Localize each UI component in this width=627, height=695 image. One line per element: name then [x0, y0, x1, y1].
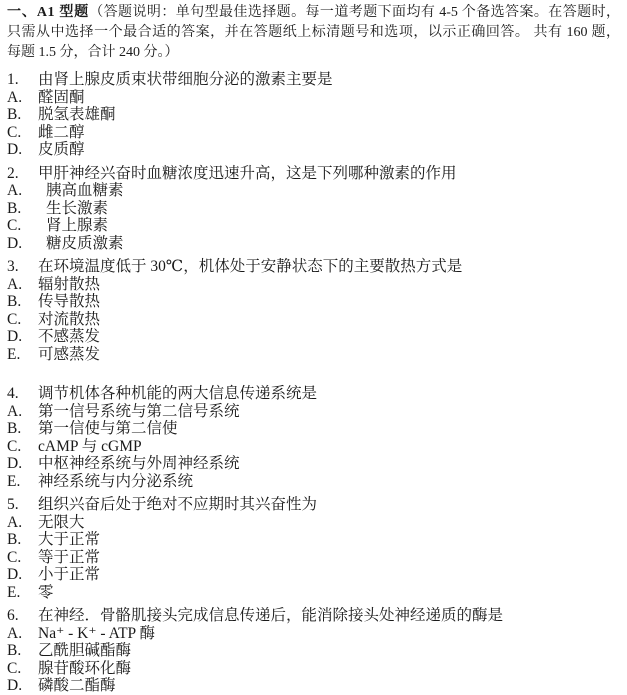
header-line-3: 每题 1.5 分，合计 240 分。）: [7, 43, 620, 63]
option-row: A. 第一信号系统与第二信号系统: [7, 403, 620, 421]
option-label: A.: [7, 403, 38, 421]
header-line-1: 一、A1 型题（答题说明：单句型最佳选择题。每一道考题下面均有 4-5 个备选答…: [7, 3, 620, 23]
option-text: 肾上腺素: [46, 217, 620, 235]
option-text: 对流散热: [38, 311, 620, 329]
option-row: E. 零: [7, 584, 620, 602]
question-stem: 甲肝神经兴奋时血糖浓度迅速升高，这是下列哪种激素的作用: [38, 165, 620, 183]
question-stem: 在环境温度低于 30℃，机体处于安静状态下的主要散热方式是: [38, 258, 620, 276]
option-row: B. 大于正常: [7, 531, 620, 549]
question-stem-row: 1. 由肾上腺皮质束状带细胞分泌的激素主要是: [7, 71, 620, 89]
option-text: 第一信使与第二信使: [38, 420, 620, 438]
header-line-2: 只需从中选择一个最合适的答案，并在答题纸上标清题号和选项，以示正确回答。 共有 …: [7, 23, 620, 43]
question-block: 2. 甲肝神经兴奋时血糖浓度迅速升高，这是下列哪种激素的作用 A. 胰高血糖素 …: [7, 165, 620, 253]
option-label: E.: [7, 584, 38, 602]
question-number: 6.: [7, 607, 38, 625]
option-label: C.: [7, 311, 38, 329]
option-label: D.: [7, 235, 46, 253]
exam-document: 一、A1 型题（答题说明：单句型最佳选择题。每一道考题下面均有 4-5 个备选答…: [7, 3, 620, 695]
option-row: D. 磷酸二酯酶: [7, 677, 620, 695]
option-label: D.: [7, 455, 38, 473]
option-label: A.: [7, 89, 38, 107]
question-stem: 在神经．骨骼肌接头完成信息传递后，能消除接头处神经递质的酶是: [38, 607, 620, 625]
option-row: E. 神经系统与内分泌系统: [7, 473, 620, 491]
option-row: B. 生长激素: [7, 200, 620, 218]
option-text: 乙酰胆碱酯酶: [38, 642, 620, 660]
option-row: D. 不感蒸发: [7, 328, 620, 346]
option-label: B.: [7, 531, 38, 549]
option-text: 无限大: [38, 514, 620, 532]
question-stem-row: 6. 在神经．骨骼肌接头完成信息传递后，能消除接头处神经递质的酶是: [7, 607, 620, 625]
question-number: 3.: [7, 258, 38, 276]
question-number: 2.: [7, 165, 38, 183]
option-text: 胰高血糖素: [46, 182, 620, 200]
option-label: A.: [7, 514, 38, 532]
option-label: C.: [7, 438, 38, 456]
question-number: 1.: [7, 71, 38, 89]
option-label: E.: [7, 346, 38, 364]
option-label: A.: [7, 276, 38, 294]
option-label: B.: [7, 420, 38, 438]
option-text: 雌二醇: [38, 124, 620, 142]
option-text: 糖皮质激素: [46, 235, 620, 253]
option-text: cAMP 与 cGMP: [38, 438, 620, 456]
option-text: 中枢神经系统与外周神经系统: [38, 455, 620, 473]
option-row: A. 醛固酮: [7, 89, 620, 107]
section-header: 一、A1 型题（答题说明：单句型最佳选择题。每一道考题下面均有 4-5 个备选答…: [7, 3, 620, 63]
option-row: B. 传导散热: [7, 293, 620, 311]
option-row: A. Na⁺ - K⁺ - ATP 酶: [7, 625, 620, 643]
option-label: D.: [7, 328, 38, 346]
option-row: B. 乙酰胆碱酯酶: [7, 642, 620, 660]
question-block: 1. 由肾上腺皮质束状带细胞分泌的激素主要是 A. 醛固酮 B. 脱氢表雄酮 C…: [7, 71, 620, 159]
option-row: B. 第一信使与第二信使: [7, 420, 620, 438]
option-text: 神经系统与内分泌系统: [38, 473, 620, 491]
option-text: 零: [38, 584, 620, 602]
option-text: 皮质醇: [38, 141, 620, 159]
option-text: 等于正常: [38, 549, 620, 567]
question-block: 4. 调节机体各种机能的两大信息传递系统是 A. 第一信号系统与第二信号系统 B…: [7, 385, 620, 490]
question-stem-row: 3. 在环境温度低于 30℃，机体处于安静状态下的主要散热方式是: [7, 258, 620, 276]
option-label: C.: [7, 124, 38, 142]
option-text: 第一信号系统与第二信号系统: [38, 403, 620, 421]
option-row: A. 无限大: [7, 514, 620, 532]
option-row: C. 肾上腺素: [7, 217, 620, 235]
option-label: B.: [7, 200, 46, 218]
option-text: 醛固酮: [38, 89, 620, 107]
question-stem-row: 4. 调节机体各种机能的两大信息传递系统是: [7, 385, 620, 403]
option-label: B.: [7, 106, 38, 124]
option-text: 脱氢表雄酮: [38, 106, 620, 124]
header-instructions-1: （答题说明：单句型最佳选择题。每一道考题下面均有 4-5 个备选答案。在答题时，: [89, 5, 620, 20]
question-number: 5.: [7, 496, 38, 514]
option-text: 传导散热: [38, 293, 620, 311]
question-stem-row: 2. 甲肝神经兴奋时血糖浓度迅速升高，这是下列哪种激素的作用: [7, 165, 620, 183]
option-label: B.: [7, 642, 38, 660]
section-title: 一、A1 型题: [7, 5, 89, 20]
option-row: A. 胰高血糖素: [7, 182, 620, 200]
question-stem: 调节机体各种机能的两大信息传递系统是: [38, 385, 620, 403]
option-row: D. 中枢神经系统与外周神经系统: [7, 455, 620, 473]
option-row: A. 辐射散热: [7, 276, 620, 294]
question-stem: 组织兴奋后处于绝对不应期时其兴奋性为: [38, 496, 620, 514]
question-number: 4.: [7, 385, 38, 403]
option-text: 生长激素: [46, 200, 620, 218]
option-label: C.: [7, 549, 38, 567]
option-label: C.: [7, 217, 46, 235]
option-label: B.: [7, 293, 38, 311]
option-text: 辐射散热: [38, 276, 620, 294]
option-label: A.: [7, 625, 38, 643]
option-label: D.: [7, 566, 38, 584]
option-label: E.: [7, 473, 38, 491]
option-row: C. 雌二醇: [7, 124, 620, 142]
option-row: D. 小于正常: [7, 566, 620, 584]
question-stem-row: 5. 组织兴奋后处于绝对不应期时其兴奋性为: [7, 496, 620, 514]
option-text: Na⁺ - K⁺ - ATP 酶: [38, 625, 620, 643]
option-text: 不感蒸发: [38, 328, 620, 346]
option-label: A.: [7, 182, 46, 200]
option-text: 磷酸二酯酶: [38, 677, 620, 695]
option-row: B. 脱氢表雄酮: [7, 106, 620, 124]
option-label: D.: [7, 677, 38, 695]
question-block: 6. 在神经．骨骼肌接头完成信息传递后，能消除接头处神经递质的酶是 A. Na⁺…: [7, 607, 620, 695]
option-row: E. 可感蒸发: [7, 346, 620, 364]
option-text: 小于正常: [38, 566, 620, 584]
option-text: 大于正常: [38, 531, 620, 549]
question-block: 3. 在环境温度低于 30℃，机体处于安静状态下的主要散热方式是 A. 辐射散热…: [7, 258, 620, 363]
option-label: D.: [7, 141, 38, 159]
option-text: 可感蒸发: [38, 346, 620, 364]
option-row: D. 皮质醇: [7, 141, 620, 159]
option-text: 腺苷酸环化酶: [38, 660, 620, 678]
option-row: C. cAMP 与 cGMP: [7, 438, 620, 456]
question-stem: 由肾上腺皮质束状带细胞分泌的激素主要是: [38, 71, 620, 89]
option-label: C.: [7, 660, 38, 678]
option-row: C. 腺苷酸环化酶: [7, 660, 620, 678]
question-list: 1. 由肾上腺皮质束状带细胞分泌的激素主要是 A. 醛固酮 B. 脱氢表雄酮 C…: [7, 71, 620, 695]
question-block: 5. 组织兴奋后处于绝对不应期时其兴奋性为 A. 无限大 B. 大于正常 C. …: [7, 496, 620, 601]
option-row: D. 糖皮质激素: [7, 235, 620, 253]
option-row: C. 等于正常: [7, 549, 620, 567]
option-row: C. 对流散热: [7, 311, 620, 329]
